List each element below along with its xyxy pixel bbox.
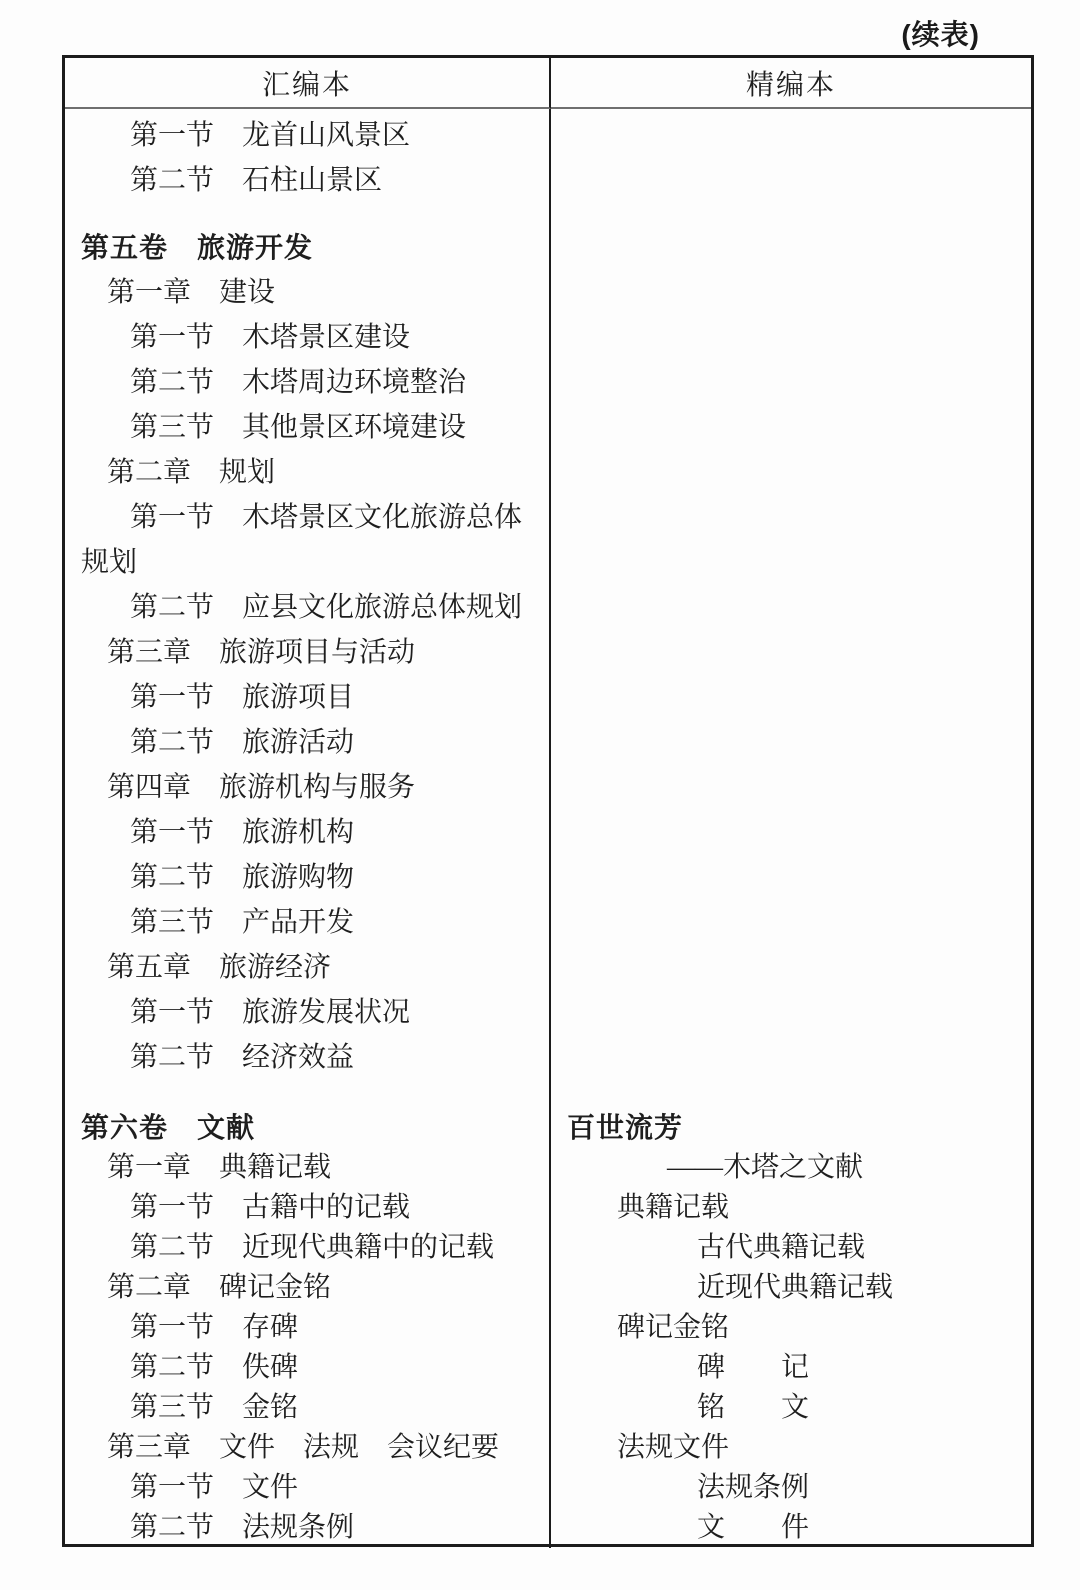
- toc-line: 文 件: [567, 1508, 1025, 1548]
- toc-comparison-table: 汇编本 精编本 第一节 龙首山风景区第二节 石柱山景区第五卷 旅游开发第一章 建…: [62, 55, 1034, 1547]
- refined-edition-cell-bottom: 百世流芳——木塔之文献典籍记载古代典籍记载近现代典籍记载碑记金铭碑 记铭 文法规…: [551, 1080, 1031, 1548]
- toc-line: 规划: [81, 540, 543, 585]
- toc-line: 第一节 存碑: [81, 1308, 543, 1348]
- toc-line: 第三章 文件 法规 会议纪要: [81, 1428, 543, 1468]
- toc-line: 第六卷 文献: [81, 1108, 543, 1148]
- compiled-edition-cell-bottom: 第六卷 文献第一章 典籍记载第一节 古籍中的记载第二节 近现代典籍中的记载第二章…: [65, 1080, 551, 1548]
- toc-line: 第二节 近现代典籍中的记载: [81, 1228, 543, 1268]
- toc-line: 第三节 其他景区环境建设: [81, 405, 543, 450]
- toc-line: 第一节 龙首山风景区: [81, 113, 543, 158]
- page-root: { "page": { "continuation_note": "(续表)" …: [0, 0, 1080, 1590]
- toc-line: 第三节 产品开发: [81, 900, 543, 945]
- toc-line: 第四章 旅游机构与服务: [81, 765, 543, 810]
- toc-line: 第一节 旅游发展状况: [81, 990, 543, 1035]
- toc-line: 碑记金铭: [567, 1308, 1025, 1348]
- toc-line: 第一节 古籍中的记载: [81, 1188, 543, 1228]
- toc-line: 碑 记: [567, 1348, 1025, 1388]
- toc-line: 第一章 典籍记载: [81, 1148, 543, 1188]
- toc-line: 第一节 文件: [81, 1468, 543, 1508]
- table-header-row: 汇编本 精编本: [65, 58, 1031, 109]
- toc-line: 第一节 旅游项目: [81, 675, 543, 720]
- toc-line: 第二节 旅游活动: [81, 720, 543, 765]
- toc-line: 第二节 法规条例: [81, 1508, 543, 1548]
- toc-line: 第二章 规划: [81, 450, 543, 495]
- table-body: 第一节 龙首山风景区第二节 石柱山景区第五卷 旅游开发第一章 建设第一节 木塔景…: [65, 109, 1031, 1548]
- toc-line: 第一节 木塔景区建设: [81, 315, 543, 360]
- toc-line: 第二节 应县文化旅游总体规划: [81, 585, 543, 630]
- toc-line: 典籍记载: [567, 1188, 1025, 1228]
- toc-line: 第二节 经济效益: [81, 1035, 543, 1080]
- toc-line: 百世流芳: [567, 1108, 1025, 1148]
- table-header-compiled-edition: 汇编本: [65, 58, 551, 109]
- toc-line: 第二章 碑记金铭: [81, 1268, 543, 1308]
- toc-line: 第一章 建设: [81, 270, 543, 315]
- toc-line: 铭 文: [567, 1388, 1025, 1428]
- toc-line: 第一节 木塔景区文化旅游总体: [81, 495, 543, 540]
- table-header-refined-edition: 精编本: [551, 58, 1031, 109]
- toc-line: 第三节 金铭: [81, 1388, 543, 1428]
- toc-line: 第二节 佚碑: [81, 1348, 543, 1388]
- toc-line: 古代典籍记载: [567, 1228, 1025, 1268]
- toc-line: 第二节 木塔周边环境整治: [81, 360, 543, 405]
- toc-line: 第一节 旅游机构: [81, 810, 543, 855]
- toc-line: 第五卷 旅游开发: [81, 225, 543, 270]
- toc-line: 法规条例: [567, 1468, 1025, 1508]
- continuation-note: (续表): [901, 13, 980, 53]
- toc-line: 近现代典籍记载: [567, 1268, 1025, 1308]
- toc-line: 第三章 旅游项目与活动: [81, 630, 543, 675]
- toc-line: 第二节 旅游购物: [81, 855, 543, 900]
- toc-line: 第五章 旅游经济: [81, 945, 543, 990]
- toc-line: 第二节 石柱山景区: [81, 158, 543, 203]
- toc-line: 法规文件: [567, 1428, 1025, 1468]
- compiled-edition-cell-top: 第一节 龙首山风景区第二节 石柱山景区第五卷 旅游开发第一章 建设第一节 木塔景…: [65, 109, 551, 1080]
- toc-line: ——木塔之文献: [567, 1148, 1025, 1188]
- refined-edition-cell-top: [551, 109, 1031, 1080]
